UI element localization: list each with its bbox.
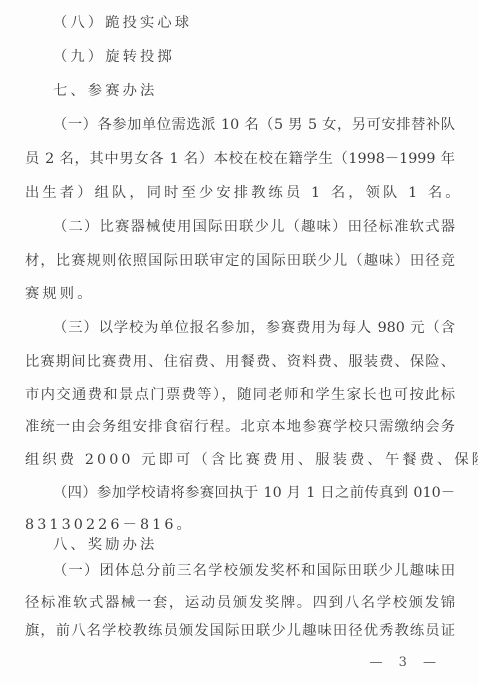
paragraph-line: 赛规则。 — [25, 285, 455, 303]
document-page: （八）跪投实心球 （九）旋转投掷 七、参赛办法 （一）各参加单位需选派 10 名… — [0, 0, 478, 685]
paragraph-line: 出生者）组队，同时至少安排教练员 1 名，领队 1 名。 — [25, 184, 455, 202]
paragraph-line: （二）比赛器械使用国际田联少儿（趣味）田径标准软式器 — [53, 218, 455, 236]
section-heading-participation: 七、参赛办法 — [53, 82, 455, 100]
paragraph-line: （一）各参加单位需选派 10 名（5 男 5 女，另可安排替补队 — [53, 116, 455, 134]
paragraph-line: 旗，前八名学校教练员颁发国际田联少儿趣味田径优秀教练员证 — [25, 622, 455, 640]
page-number: — 3 — — [369, 655, 442, 670]
paragraph-line: 材，比赛规则依照国际田联审定的国际田联少儿（趣味）田径竞 — [25, 252, 455, 270]
paragraph-line: 员 2 名，其中男女各 1 名）本校在校在籍学生（1998－1999 年 — [25, 150, 455, 168]
list-item-rotational-throw: （九）旋转投掷 — [53, 48, 455, 66]
paragraph-line: 比赛期间比赛费用、住宿费、用餐费、资料费、服装费、保险、 — [25, 353, 455, 371]
paragraph-line: （三）以学校为单位报名参加，参赛费用为每人 980 元（含 — [53, 319, 455, 337]
section-heading-awards: 八、奖励办法 — [53, 536, 455, 554]
paragraph-line: 组织费 2000 元即可（含比赛费用、服装费、午餐费、保险）。 — [25, 451, 455, 469]
paragraph-line: 市内交通费和景点门票费等），随同老师和学生家长也可按此标 — [25, 386, 455, 404]
paragraph-line: （四）参加学校请将参赛回执于 10 月 1 日之前传真到 010－ — [53, 484, 455, 502]
paragraph-line: （一）团体总分前三名学校颁发奖杯和国际田联少儿趣味田 — [53, 562, 455, 580]
paragraph-line: 准统一由会务组安排食宿行程。北京本地参赛学校只需缴纳会务 — [25, 418, 455, 436]
list-item-kneeling-shot-put: （八）跪投实心球 — [53, 14, 455, 32]
paragraph-line: 83130226－816。 — [25, 516, 455, 534]
paragraph-line: 径标准软式器械一套，运动员颁发奖牌。四到八名学校颁发锦 — [25, 594, 455, 612]
